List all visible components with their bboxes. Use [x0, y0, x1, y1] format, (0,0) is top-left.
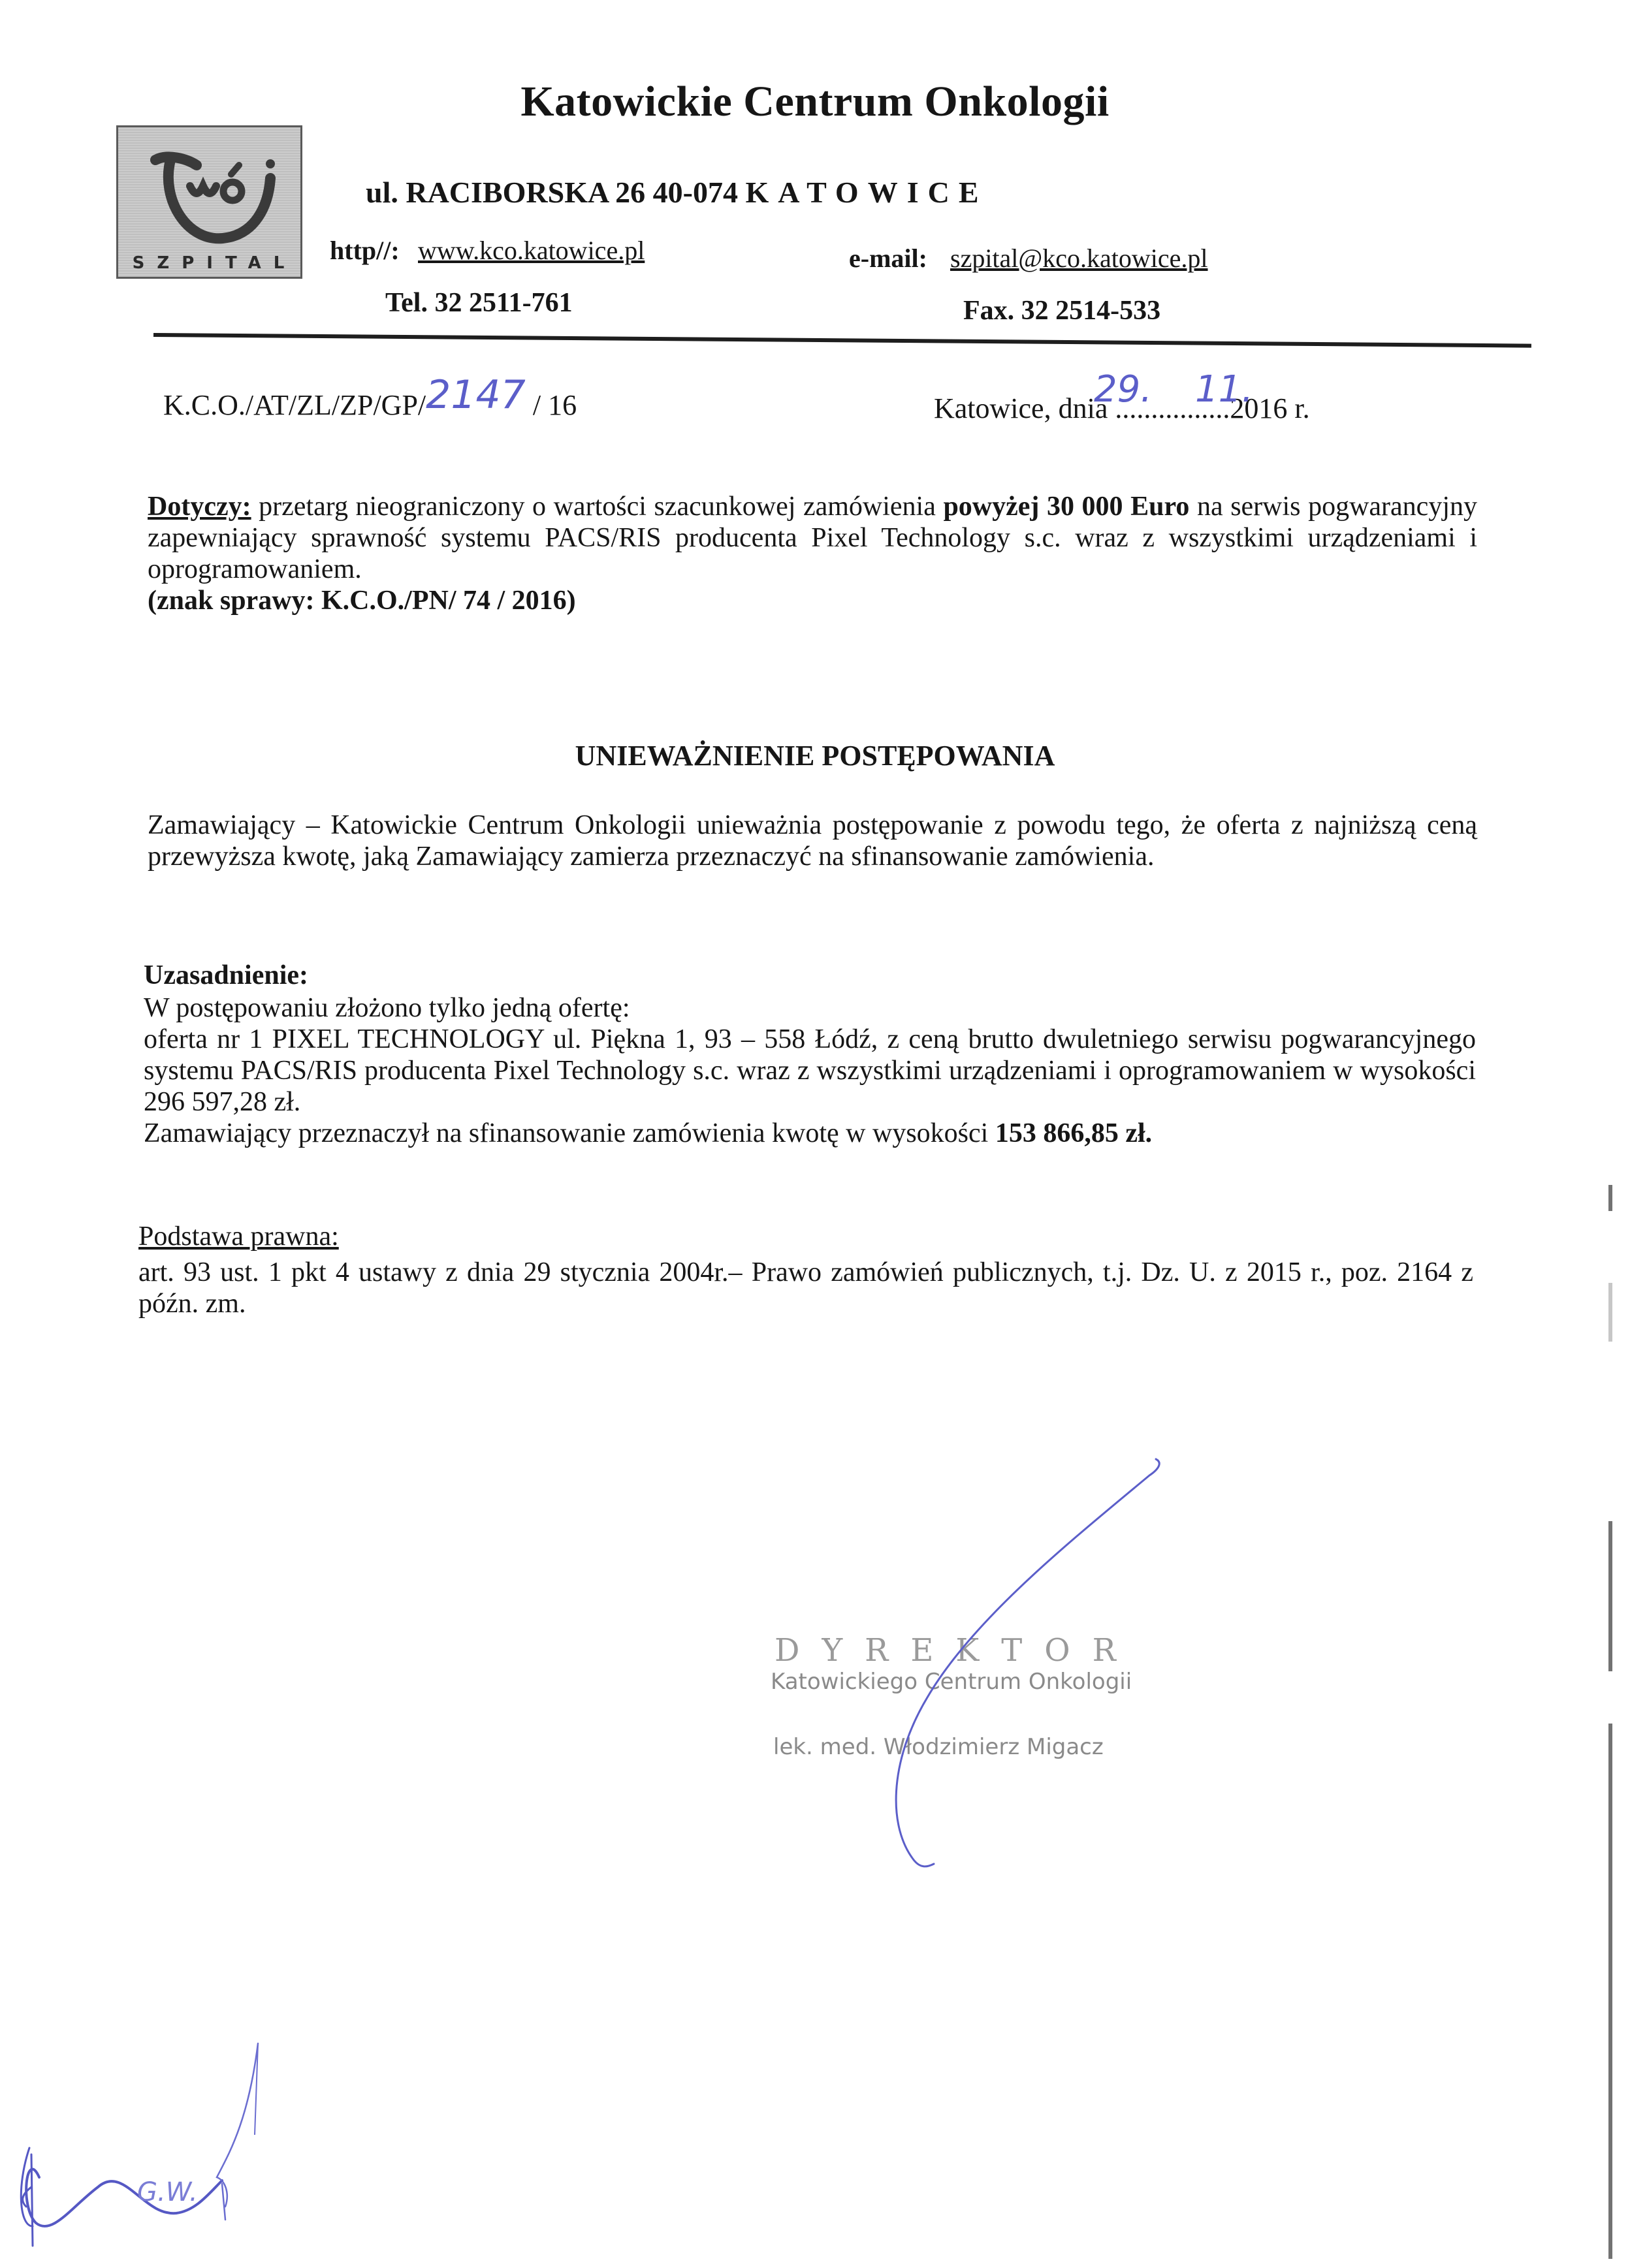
initials-text: G.W.	[137, 2177, 198, 2207]
scan-artifact	[1608, 1521, 1612, 1671]
initials-signature-icon	[0, 1991, 588, 2268]
director-signature-icon	[0, 0, 1630, 2268]
scan-artifact	[1608, 1283, 1612, 1342]
scan-artifact	[1608, 1185, 1612, 1211]
scan-artifact	[1608, 1724, 1612, 2259]
